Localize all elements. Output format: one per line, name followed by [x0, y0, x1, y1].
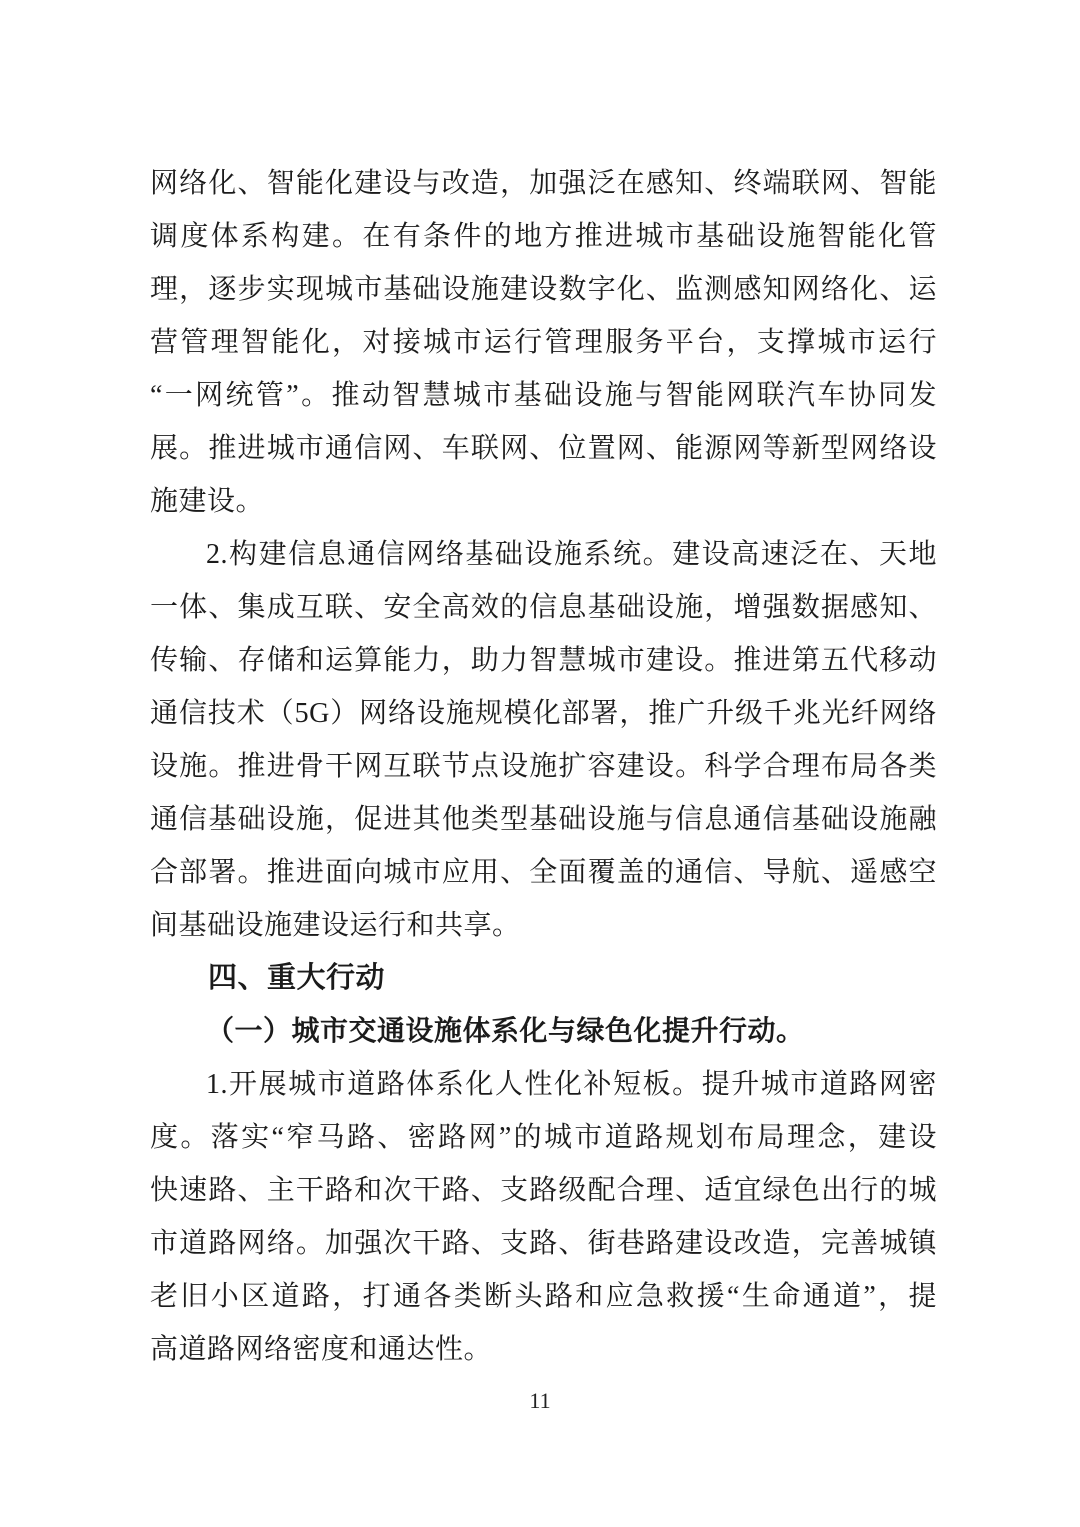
text-line: “一网统管”。推动智慧城市基础设施与智能网联汽车协同发	[150, 369, 937, 422]
document-page: 网络化、智能化建设与改造，加强泛在感知、终端联网、智能 调度体系构建。在有条件的…	[0, 0, 1080, 1527]
text-line: 一体、集成互联、安全高效的信息基础设施，增强数据感知、	[150, 581, 937, 634]
text-line: 快速路、主干路和次干路、支路级配合理、适宜绿色出行的城	[150, 1164, 937, 1217]
text-line: 高道路网络密度和通达性。	[150, 1323, 937, 1376]
text-line: 度。落实“窄马路、密路网”的城市道路规划布局理念，建设	[150, 1111, 937, 1164]
text-line: 市道路网络。加强次干路、支路、街巷路建设改造，完善城镇	[150, 1217, 937, 1270]
text-line: 施建设。	[150, 475, 937, 528]
text-line: 老旧小区道路，打通各类断头路和应急救援“生命通道”，提	[150, 1270, 937, 1323]
text-line: 间基础设施建设运行和共享。	[150, 899, 937, 952]
text-line: 理，逐步实现城市基础设施建设数字化、监测感知网络化、运	[150, 263, 937, 316]
subsection-heading: （一）城市交通设施体系化与绿色化提升行动。	[150, 1005, 937, 1058]
text-line: 传输、存储和运算能力，助力智慧城市建设。推进第五代移动	[150, 634, 937, 687]
document-body: 网络化、智能化建设与改造，加强泛在感知、终端联网、智能 调度体系构建。在有条件的…	[150, 157, 937, 1376]
text-line-numbered-item: 1.开展城市道路体系化人性化补短板。提升城市道路网密	[150, 1058, 937, 1111]
text-line: 营管理智能化，对接城市运行管理服务平台，支撑城市运行	[150, 316, 937, 369]
text-line: 网络化、智能化建设与改造，加强泛在感知、终端联网、智能	[150, 157, 937, 210]
text-line: 通信技术（5G）网络设施规模化部署，推广升级千兆光纤网络	[150, 687, 937, 740]
text-line-numbered-item: 2.构建信息通信网络基础设施系统。建设高速泛在、天地	[150, 528, 937, 581]
text-line: 调度体系构建。在有条件的地方推进城市基础设施智能化管	[150, 210, 937, 263]
text-line: 合部署。推进面向城市应用、全面覆盖的通信、导航、遥感空	[150, 846, 937, 899]
text-line: 展。推进城市通信网、车联网、位置网、能源网等新型网络设	[150, 422, 937, 475]
text-line: 设施。推进骨干网互联节点设施扩容建设。科学合理布局各类	[150, 740, 937, 793]
page-number: 11	[0, 1388, 1080, 1414]
text-line: 通信基础设施，促进其他类型基础设施与信息通信基础设施融	[150, 793, 937, 846]
section-heading: 四、重大行动	[150, 952, 937, 1005]
